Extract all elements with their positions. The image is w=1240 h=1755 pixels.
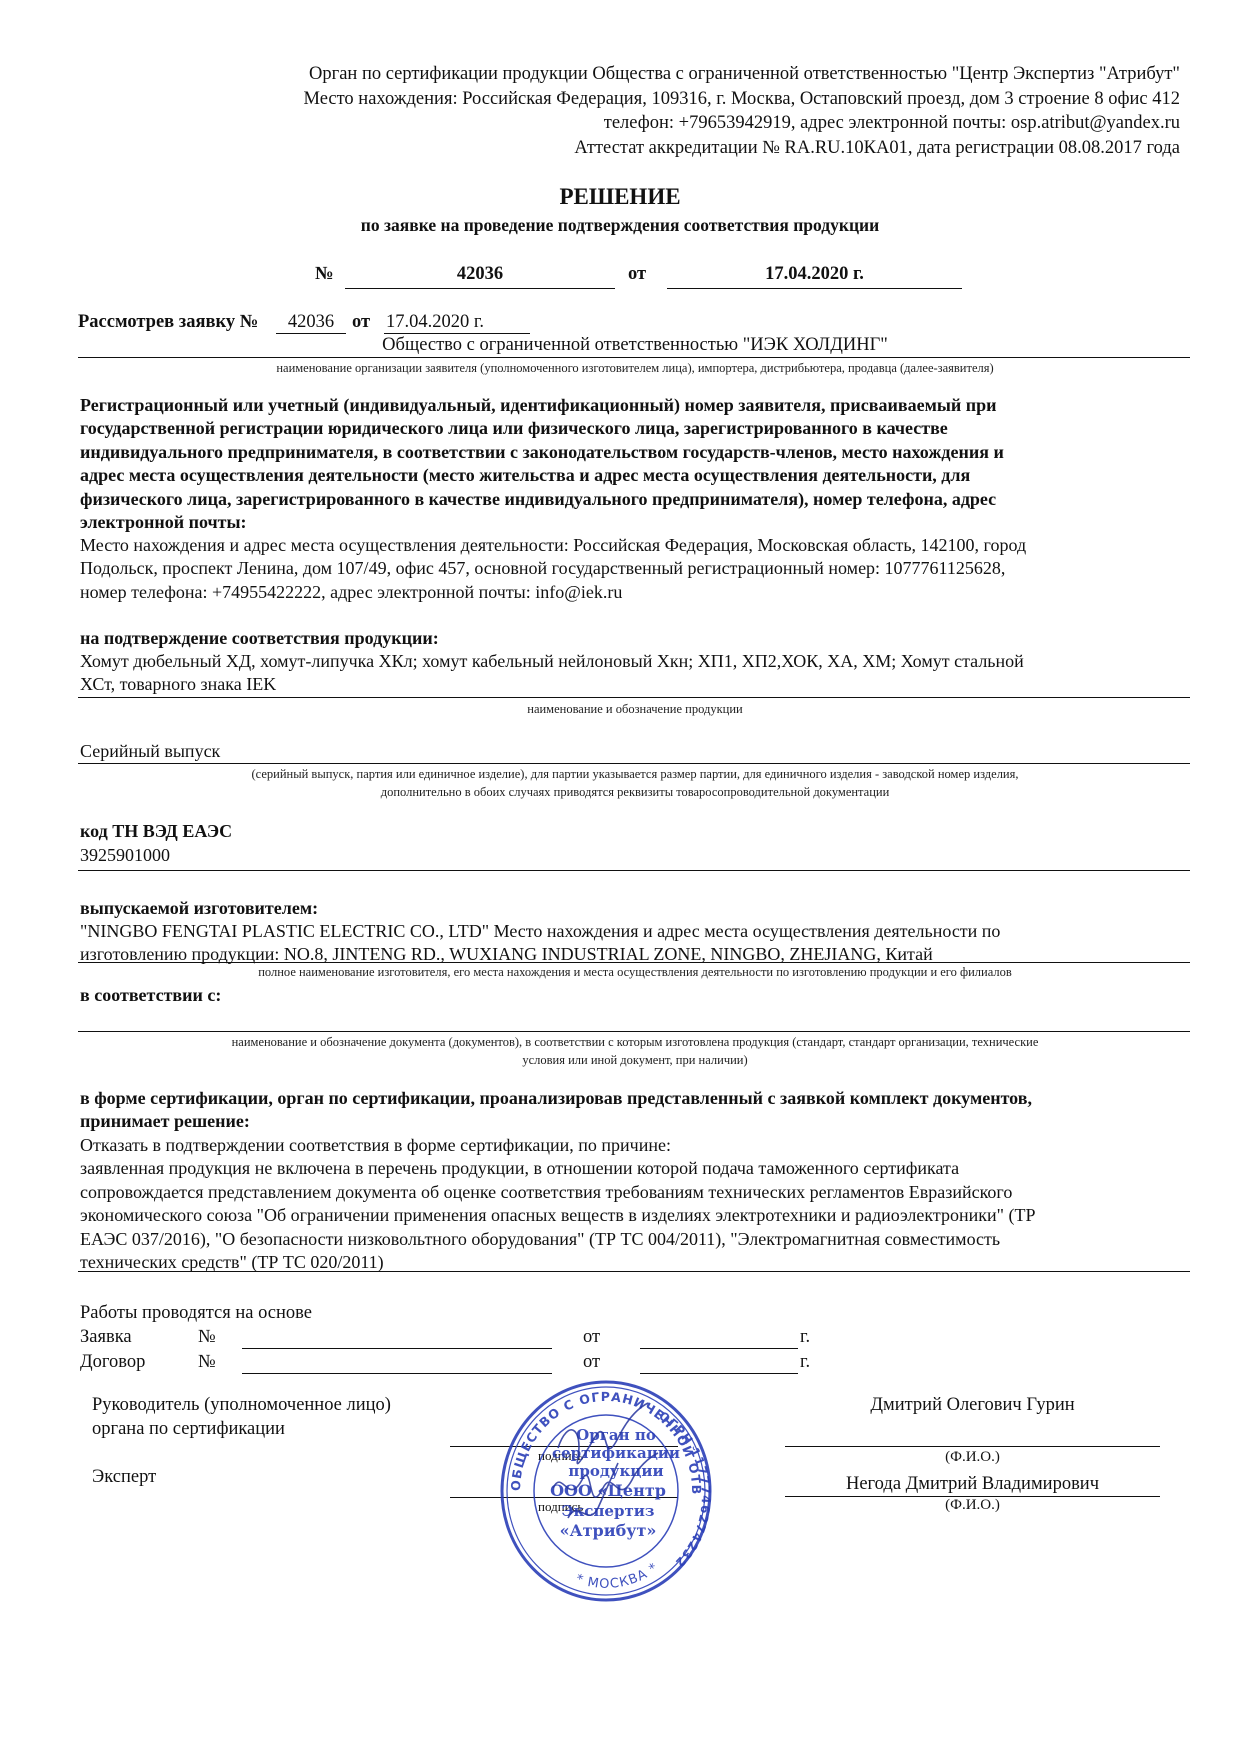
registration-heading: Регистрационный или учетный (индивидуаль… xyxy=(80,394,1190,534)
svg-text:сертификации: сертификации xyxy=(552,1444,680,1462)
decision-date-underline xyxy=(667,288,962,289)
header-line-org: Орган по сертификации продукции Общества… xyxy=(130,62,1180,87)
registration-heading-line: государственной регистрации юридического… xyxy=(80,417,1190,440)
basis-application-year-suffix: г. xyxy=(800,1325,810,1349)
product-value-line: Хомут дюбельный ХД, хомут-липучка ХКл; х… xyxy=(80,650,1190,673)
basis-heading: Работы проводятся на основе xyxy=(80,1301,312,1325)
release-value: Серийный выпуск xyxy=(80,740,1190,763)
basis-contract-from-label: от xyxy=(583,1350,600,1374)
release-caption-line: (серийный выпуск, партия или единичное и… xyxy=(80,765,1190,783)
document-subtitle: по заявке на проведение подтверждения со… xyxy=(0,215,1240,236)
manufacturer-heading: выпускаемой изготовителем: xyxy=(80,897,1190,920)
review-application-number: 42036 xyxy=(276,310,346,334)
decision-number: 42036 xyxy=(345,262,615,286)
header-line-contacts: телефон: +79653942919, адрес электронной… xyxy=(130,111,1180,136)
decision-heading-line: в форме сертификации, орган по сертифика… xyxy=(80,1087,1190,1110)
expert-role: Эксперт xyxy=(92,1465,156,1489)
svg-text:«Атрибут»: «Атрибут» xyxy=(560,1521,657,1540)
decision-value-line: ЕАЭС 037/2016), "О безопасности низковол… xyxy=(80,1228,1190,1251)
registration-value-line: Место нахождения и адрес места осуществл… xyxy=(80,534,1190,557)
head-role-line: органа по сертификации xyxy=(92,1417,391,1441)
conformity-underline xyxy=(78,1031,1190,1032)
product-caption: наименование и обозначение продукции xyxy=(80,700,1190,718)
registration-value-line: Подольск, проспект Ленина, дом 107/49, о… xyxy=(80,557,1190,580)
decision-number-underline xyxy=(345,288,615,289)
expert-name-caption: (Ф.И.О.) xyxy=(785,1497,1160,1514)
decision-value-line: Отказать в подтверждении соответствия в … xyxy=(80,1134,1190,1157)
header-line-accreditation: Аттестат аккредитации № RA.RU.10КА01, да… xyxy=(130,136,1180,161)
header-line-address: Место нахождения: Российская Федерация, … xyxy=(130,87,1180,112)
basis-contract-no-label: № xyxy=(198,1350,216,1374)
registration-heading-line: электронной почты: xyxy=(80,511,1190,534)
head-role: Руководитель (уполномоченное лицо) орган… xyxy=(92,1393,391,1441)
registration-value: Место нахождения и адрес места осуществл… xyxy=(80,534,1190,604)
head-name: Дмитрий Олегович Гурин xyxy=(785,1393,1160,1417)
basis-application-date-underline xyxy=(640,1348,798,1349)
decision-from-label: от xyxy=(628,262,646,286)
applicant-name: Общество с ограниченной ответственностью… xyxy=(80,333,1190,357)
conformity-caption-line: условия или иной документ, при наличии) xyxy=(80,1051,1190,1069)
release-caption: (серийный выпуск, партия или единичное и… xyxy=(80,765,1190,801)
registration-heading-line: физического лица, зарегистрированного в … xyxy=(80,488,1190,511)
release-caption-line: дополнительно в обоих случаях приводятся… xyxy=(80,783,1190,801)
decision-no-label: № xyxy=(315,262,334,286)
decision-date: 17.04.2020 г. xyxy=(667,262,962,286)
basis-contract-year-suffix: г. xyxy=(800,1350,810,1374)
manufacturer-value: "NINGBO FENGTAI PLASTIC ELECTRIC CO., LT… xyxy=(80,920,1190,967)
head-name-underline xyxy=(785,1446,1160,1447)
decision-value: Отказать в подтверждении соответствия в … xyxy=(80,1134,1190,1274)
stamp-seal-icon: ОБЩЕСТВО С ОГРАНИЧЕННОЙ ОТВЕТСТВЕННОСТЬЮ… xyxy=(498,1378,714,1604)
registration-value-line: номер телефона: +74955422222, адрес элек… xyxy=(80,581,1190,604)
certification-body-header: Орган по сертификации продукции Общества… xyxy=(130,62,1180,160)
applicant-underline xyxy=(78,357,1190,358)
head-name-caption: (Ф.И.О.) xyxy=(785,1449,1160,1466)
product-underline xyxy=(78,697,1190,698)
document-title: РЕШЕНИЕ xyxy=(0,184,1240,210)
registration-heading-line: Регистрационный или учетный (индивидуаль… xyxy=(80,394,1190,417)
organization-stamp: ОБЩЕСТВО С ОГРАНИЧЕННОЙ ОТВЕТСТВЕННОСТЬЮ… xyxy=(498,1378,714,1604)
decision-heading-line: принимает решение: xyxy=(80,1110,1190,1133)
head-role-line: Руководитель (уполномоченное лицо) xyxy=(92,1393,391,1417)
decision-value-line: сопровождается представлением документа … xyxy=(80,1181,1190,1204)
review-from-label: от xyxy=(352,310,370,334)
manufacturer-caption: полное наименование изготовителя, его ме… xyxy=(80,963,1190,981)
product-value: Хомут дюбельный ХД, хомут-липучка ХКл; х… xyxy=(80,650,1190,697)
product-value-line: ХСт, товарного знака IEK xyxy=(80,673,1190,696)
basis-contract-label: Договор xyxy=(80,1350,145,1374)
expert-name: Негода Дмитрий Владимирович xyxy=(785,1472,1160,1496)
review-label: Рассмотрев заявку № xyxy=(78,310,258,334)
registration-heading-line: адрес места осуществления деятельности (… xyxy=(80,464,1190,487)
release-underline xyxy=(78,763,1190,764)
conformity-caption-line: наименование и обозначение документа (до… xyxy=(80,1033,1190,1051)
basis-contract-number-underline xyxy=(242,1373,552,1374)
decision-value-line: заявленная продукция не включена в переч… xyxy=(80,1157,1190,1180)
basis-application-from-label: от xyxy=(583,1325,600,1349)
decision-heading: в форме сертификации, орган по сертифика… xyxy=(80,1087,1190,1134)
decision-underline xyxy=(78,1271,1190,1272)
registration-heading-line: индивидуального предпринимателя, в соотв… xyxy=(80,441,1190,464)
basis-contract-date-underline xyxy=(640,1373,798,1374)
basis-application-no-label: № xyxy=(198,1325,216,1349)
applicant-caption: наименование организации заявителя (упол… xyxy=(80,359,1190,377)
basis-application-label: Заявка xyxy=(80,1325,132,1349)
manufacturer-value-line: "NINGBO FENGTAI PLASTIC ELECTRIC CO., LT… xyxy=(80,920,1190,943)
tnved-underline xyxy=(78,870,1190,871)
basis-application-number-underline xyxy=(242,1348,552,1349)
decision-value-line: экономического союза "Об ограничении при… xyxy=(80,1204,1190,1227)
tnved-heading: код ТН ВЭД ЕАЭС xyxy=(80,820,1190,843)
conformity-caption: наименование и обозначение документа (до… xyxy=(80,1033,1190,1069)
review-date: 17.04.2020 г. xyxy=(386,310,484,334)
product-heading: на подтверждение соответствия продукции: xyxy=(80,627,1190,650)
tnved-value: 3925901000 xyxy=(80,844,1190,867)
conformity-heading: в соответствии с: xyxy=(80,984,1190,1007)
